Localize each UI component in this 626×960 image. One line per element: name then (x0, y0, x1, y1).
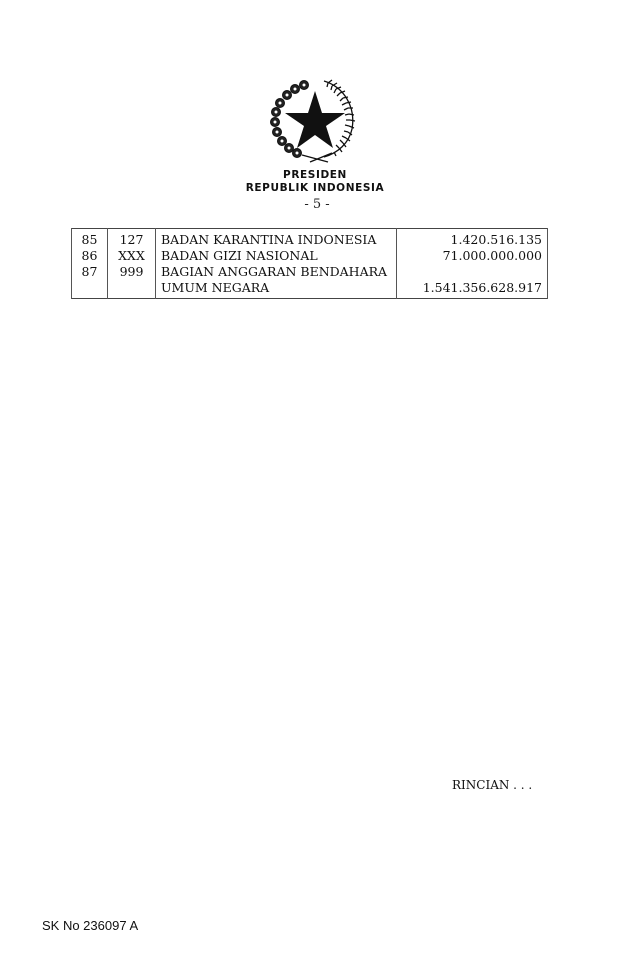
agency-name-line: BAGIAN ANGGARAN BENDAHARA (161, 264, 391, 280)
row-number: 86 (72, 248, 108, 264)
budget-amount: 71.000.000.000 (397, 248, 548, 264)
row-number: 85 (72, 229, 108, 249)
continuation-marker: RINCIAN . . . (452, 778, 532, 792)
agency-name-line: UMUM NEGARA (161, 280, 391, 296)
agency-code: XXX (108, 248, 156, 264)
agency-code: 999 (108, 264, 156, 299)
table-row: 85 127 BADAN KARANTINA INDONESIA 1.420.5… (72, 229, 548, 249)
agency-name: BADAN KARANTINA INDONESIA (156, 229, 397, 249)
page-number: - 5 - (4, 197, 626, 212)
budget-amount-value: 1.541.356.628.917 (402, 280, 542, 296)
table-row: 87 999 BAGIAN ANGGARAN BENDAHARA UMUM NE… (72, 264, 548, 299)
budget-table: 85 127 BADAN KARANTINA INDONESIA 1.420.5… (71, 228, 548, 299)
table-row: 86 XXX BADAN GIZI NASIONAL 71.000.000.00… (72, 248, 548, 264)
header-title-presiden: PRESIDEN (2, 169, 626, 181)
presidential-seal-icon (266, 77, 360, 163)
sk-number: SK No 236097 A (42, 918, 138, 933)
agency-code: 127 (108, 229, 156, 249)
agency-name: BAGIAN ANGGARAN BENDAHARA UMUM NEGARA (156, 264, 397, 299)
budget-amount: 1.420.516.135 (397, 229, 548, 249)
header-title-republik-indonesia: REPUBLIK INDONESIA (2, 182, 626, 194)
budget-amount: 1.541.356.628.917 (397, 264, 548, 299)
agency-name: BADAN GIZI NASIONAL (156, 248, 397, 264)
row-number: 87 (72, 264, 108, 299)
